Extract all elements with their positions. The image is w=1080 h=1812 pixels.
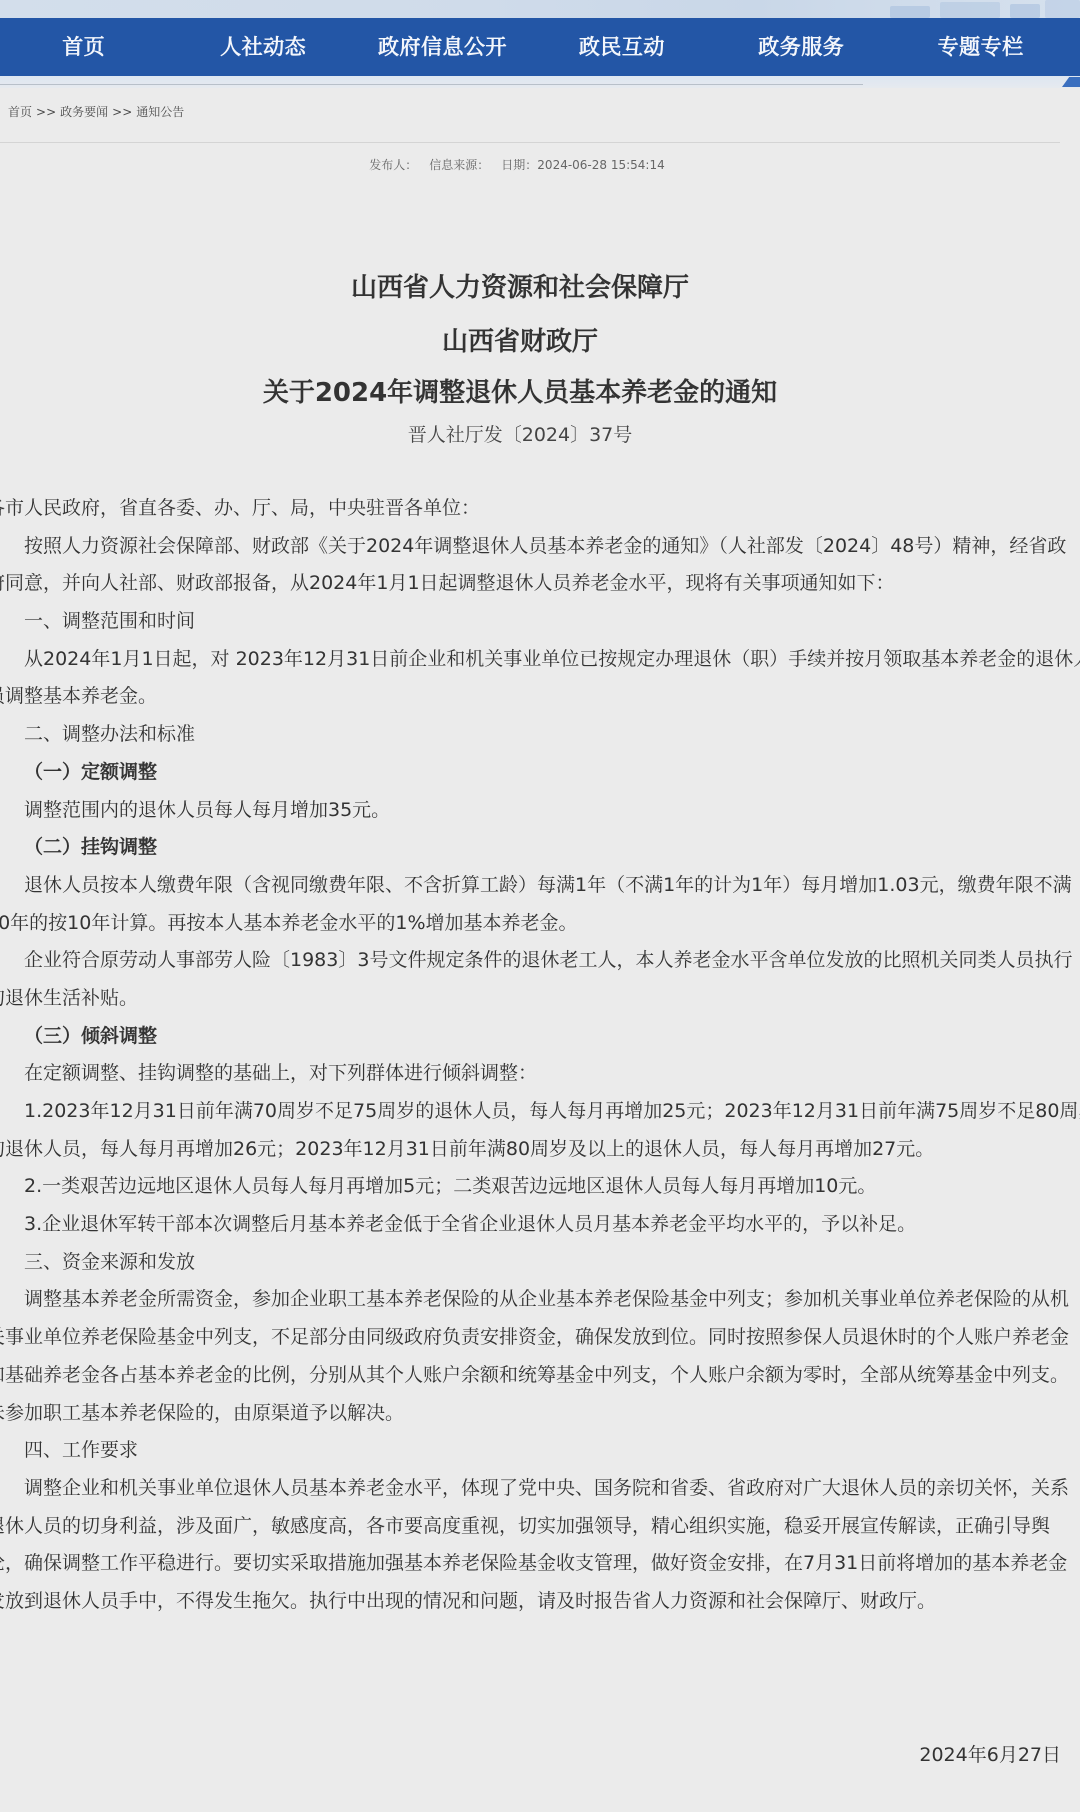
nav-item-home[interactable]: 首页 <box>0 18 173 76</box>
breadcrumb: 首页>>政务要闻>>通知公告 <box>8 104 184 120</box>
text-line: 和基础养老金各占基本养老金的比例，分别从其个人账户余额和统筹基金中列支，个人账户… <box>0 1357 1062 1395</box>
date-field: 日期：2024-06-28 15:54:14 <box>501 158 664 172</box>
text-line: （三）倾斜调整 <box>0 1018 1062 1056</box>
nav-underline <box>0 84 863 85</box>
banner-decoration <box>1045 0 1080 18</box>
text-line: 发放到退休人员手中，不得发生拖欠。执行中出现的情况和问题，请及时报告省人力资源和… <box>0 1583 1062 1621</box>
text-line: 一、调整范围和时间 <box>0 603 1062 641</box>
text-line: 2.一类艰苦边远地区退休人员每人每月再增加5元；二类艰苦边远地区退休人员每人每月… <box>0 1168 1062 1206</box>
paragraph-salutation: 各市人民政府，省直各委、办、厅、局，中央驻晋各单位： <box>0 490 1062 528</box>
text-line: （一）定额调整 <box>0 754 1062 792</box>
text-line: 未参加职工基本养老保险的，由原渠道予以解决。 <box>0 1395 1062 1433</box>
text-line: 退休人员按本人缴费年限（含视同缴费年限、不含折算工龄）每满1年（不满1年的计为1… <box>0 867 1062 905</box>
subsection-heading: （二）挂钩调整 <box>0 829 1062 867</box>
breadcrumb-separator: >> <box>112 105 132 119</box>
main-nav: 首页 人社动态 政府信息公开 政民互动 政务服务 专题专栏 <box>0 18 1080 76</box>
breadcrumb-news[interactable]: 政务要闻 <box>60 105 108 119</box>
text-line: 府同意，并向人社部、财政部报备，从2024年1月1日起调整退休人员养老金水平，现… <box>0 565 1062 603</box>
text-line: 四、工作要求 <box>0 1432 1062 1470</box>
breadcrumb-notices[interactable]: 通知公告 <box>136 105 184 119</box>
text-line: 的退休人员，每人每月再增加26元；2023年12月31日前年满80周岁及以上的退… <box>0 1131 1062 1169</box>
text-line: 企业符合原劳动人事部劳人险〔1983〕3号文件规定条件的退休老工人，本人养老金水… <box>0 942 1062 980</box>
paragraph: 按照人力资源社会保障部、财政部《关于2024年调整退休人员基本养老金的通知》（人… <box>0 528 1062 603</box>
paragraph: 1.2023年12月31日前年满70周岁不足75周岁的退休人员，每人每月再增加2… <box>0 1093 1062 1168</box>
banner-decoration <box>1010 4 1040 18</box>
text-line: 员调整基本养老金。 <box>0 678 1062 716</box>
text-line: （二）挂钩调整 <box>0 829 1062 867</box>
nav-item-gov-info[interactable]: 政府信息公开 <box>353 18 532 76</box>
paragraph: 调整范围内的退休人员每人每月增加35元。 <box>0 792 1062 830</box>
header-banner <box>0 0 1080 18</box>
text-line: 调整基本养老金所需资金，参加企业职工基本养老保险的从企业基本养老保险基金中列支；… <box>0 1281 1062 1319</box>
breadcrumb-divider <box>0 142 1060 143</box>
document-body: 各市人民政府，省直各委、办、厅、局，中央驻晋各单位： 按照人力资源社会保障部、财… <box>0 490 1062 1621</box>
text-line: 调整范围内的退休人员每人每月增加35元。 <box>0 792 1062 830</box>
banner-decoration <box>940 2 1000 18</box>
text-line: 按照人力资源社会保障部、财政部《关于2024年调整退休人员基本养老金的通知》（人… <box>0 528 1062 566</box>
text-line: 三、资金来源和发放 <box>0 1244 1062 1282</box>
text-line: 1.2023年12月31日前年满70周岁不足75周岁的退休人员，每人每月再增加2… <box>0 1093 1062 1131</box>
section-heading: 四、工作要求 <box>0 1432 1062 1470</box>
text-line: 从2024年1月1日起，对 2023年12月31日前企业和机关事业单位已按规定办… <box>0 641 1062 679</box>
text-line: 调整企业和机关事业单位退休人员基本养老金水平，体现了党中央、国务院和省委、省政府… <box>0 1470 1062 1508</box>
subsection-heading: （三）倾斜调整 <box>0 1018 1062 1056</box>
date-label: 日期： <box>501 158 537 172</box>
nav-item-services[interactable]: 政务服务 <box>712 18 891 76</box>
nav-underband <box>0 76 1080 88</box>
paragraph: 调整企业和机关事业单位退休人员基本养老金水平，体现了党中央、国务院和省委、省政府… <box>0 1470 1062 1621</box>
text-line: 3.企业退休军转干部本次调整后月基本养老金低于全省企业退休人员月基本养老金平均水… <box>0 1206 1062 1244</box>
nav-item-special-topics[interactable]: 专题专栏 <box>891 18 1070 76</box>
article-meta: 发布人：信息来源：日期：2024-06-28 15:54:14 <box>0 157 1034 173</box>
paragraph: 调整基本养老金所需资金，参加企业职工基本养老保险的从企业基本养老保险基金中列支；… <box>0 1281 1062 1432</box>
text-line: 各市人民政府，省直各委、办、厅、局，中央驻晋各单位： <box>0 490 1062 528</box>
section-heading: 二、调整办法和标准 <box>0 716 1062 754</box>
paragraph: 从2024年1月1日起，对 2023年12月31日前企业和机关事业单位已按规定办… <box>0 641 1062 716</box>
banner-decoration <box>890 6 930 18</box>
breadcrumb-separator: >> <box>36 105 56 119</box>
text-line: 论，确保调整工作平稳进行。要切实采取措施加强基本养老保险基金收支管理，做好资金安… <box>0 1545 1062 1583</box>
document-title: 关于2024年调整退休人员基本养老金的通知 <box>0 375 1040 411</box>
signature-date: 2024年6月27日 <box>919 1741 1061 1769</box>
document-number: 晋人社厅发〔2024〕37号 <box>0 421 1040 449</box>
section-heading: 三、资金来源和发放 <box>0 1244 1062 1282</box>
paragraph: 2.一类艰苦边远地区退休人员每人每月再增加5元；二类艰苦边远地区退休人员每人每月… <box>0 1168 1062 1206</box>
paragraph: 退休人员按本人缴费年限（含视同缴费年限、不含折算工龄）每满1年（不满1年的计为1… <box>0 867 1062 942</box>
nav-item-interaction[interactable]: 政民互动 <box>532 18 711 76</box>
subsection-heading: （一）定额调整 <box>0 754 1062 792</box>
text-line: 关事业单位养老保险基金中列支，不足部分由同级政府负责安排资金，确保发放到位。同时… <box>0 1319 1062 1357</box>
source-label: 信息来源： <box>429 158 489 172</box>
text-line: 二、调整办法和标准 <box>0 716 1062 754</box>
text-line: 退休人员的切身利益，涉及面广，敏感度高，各市要高度重视，切实加强领导，精心组织实… <box>0 1508 1062 1546</box>
text-line: 10年的按10年计算。再按本人基本养老金水平的1%增加基本养老金。 <box>0 905 1062 943</box>
issuer-line-1: 山西省人力资源和社会保障厅 <box>0 270 1040 306</box>
section-heading: 一、调整范围和时间 <box>0 603 1062 641</box>
breadcrumb-home[interactable]: 首页 <box>8 105 32 119</box>
paragraph: 3.企业退休军转干部本次调整后月基本养老金低于全省企业退休人员月基本养老金平均水… <box>0 1206 1062 1244</box>
text-line: 在定额调整、挂钩调整的基础上，对下列群体进行倾斜调整： <box>0 1055 1062 1093</box>
publisher-label: 发布人： <box>369 158 417 172</box>
publish-date: 2024-06-28 15:54:14 <box>537 158 664 172</box>
text-line: 的退休生活补贴。 <box>0 980 1062 1018</box>
paragraph: 企业符合原劳动人事部劳人险〔1983〕3号文件规定条件的退休老工人，本人养老金水… <box>0 942 1062 1017</box>
nav-item-hr-news[interactable]: 人社动态 <box>173 18 352 76</box>
issuer-line-2: 山西省财政厅 <box>0 324 1040 360</box>
paragraph: 在定额调整、挂钩调整的基础上，对下列群体进行倾斜调整： <box>0 1055 1062 1093</box>
